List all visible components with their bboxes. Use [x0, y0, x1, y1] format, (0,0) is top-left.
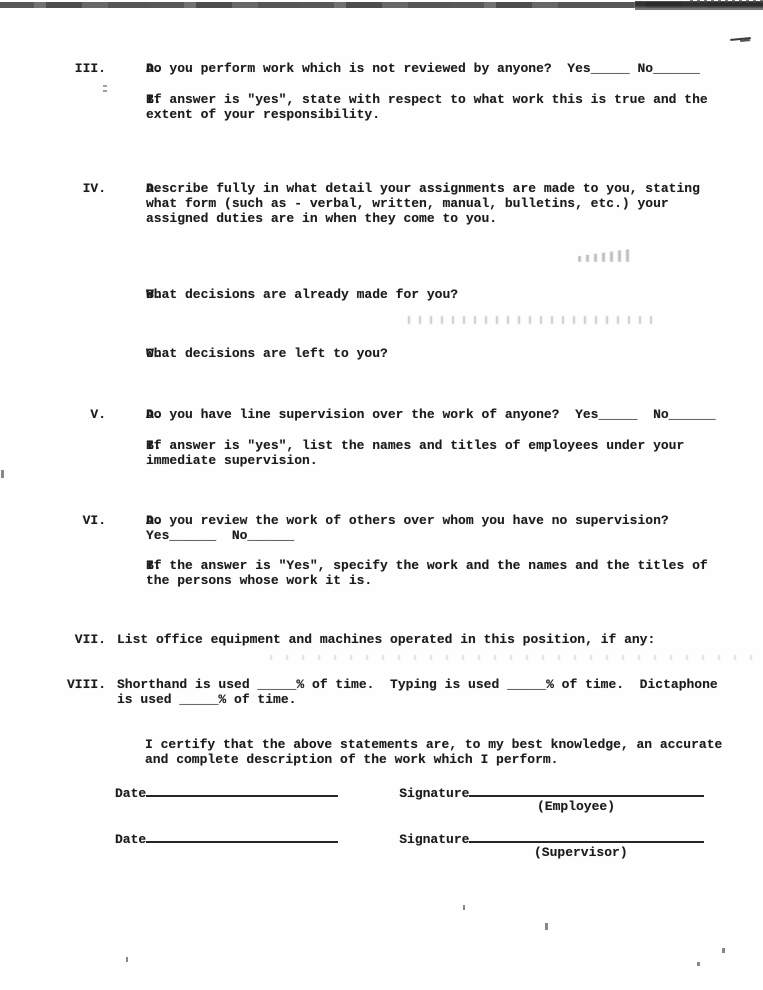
date-label: Date	[115, 786, 146, 801]
scan-artifact-speck	[1, 470, 4, 478]
employee-role-caption: (Employee)	[537, 799, 615, 814]
section-vi-item-b: B. If the answer is "Yes", specify the w…	[117, 558, 763, 588]
certification-statement: I certify that the above statements are,…	[145, 737, 745, 767]
section-iii-item-b: B. If answer is "yes", state with respec…	[117, 92, 763, 122]
section-v-item-a: A. Do you have line supervision over the…	[117, 407, 763, 422]
scan-artifact-smudge	[270, 655, 760, 660]
section-v-item-b: B. If answer is "yes", list the names an…	[117, 438, 763, 468]
section-iv-item-a: A. Describe fully in what detail your as…	[117, 181, 763, 226]
scan-artifact-dash	[730, 37, 751, 41]
section-iv-item-c: C. What decisions are left to you?	[117, 346, 763, 361]
section-v-numeral: V.	[40, 407, 106, 422]
item-letter: B.	[146, 287, 763, 302]
signature-blank-line	[469, 828, 704, 843]
section-vii-text: List office equipment and machines opera…	[117, 632, 747, 647]
item-letter: B.	[146, 92, 763, 107]
section-vi-item-a: A. Do you review the work of others over…	[117, 513, 763, 543]
scan-artifact-speck	[545, 923, 548, 930]
signature-row-supervisor: DateSignature	[115, 828, 755, 844]
section-viii-text-with-percent-blanks: Shorthand is used _____% of time. Typing…	[117, 677, 747, 707]
date-blank-line	[146, 828, 338, 843]
item-letter: A.	[146, 61, 763, 76]
date-blank-line	[146, 782, 338, 797]
scan-artifact-speck	[463, 905, 465, 910]
date-label: Date	[115, 832, 146, 847]
scan-artifact-top-dots	[690, 0, 763, 3]
scan-artifact-colon	[103, 85, 107, 94]
scan-artifact-speck	[126, 957, 128, 962]
scan-artifact-speck	[722, 948, 725, 953]
signature-label: Signature	[399, 786, 469, 801]
section-vii-numeral: VII.	[40, 632, 106, 647]
scan-artifact-speck	[697, 962, 700, 966]
section-iii-numeral: III.	[40, 61, 106, 76]
scanned-form-page: III. A. Do you perform work which is not…	[0, 0, 763, 990]
section-iii-item-a: A. Do you perform work which is not revi…	[117, 61, 763, 76]
scan-artifact-smudge	[578, 249, 630, 262]
section-iv-numeral: IV.	[40, 181, 106, 196]
supervisor-role-caption: (Supervisor)	[534, 845, 628, 860]
section-viii-numeral: VIII.	[40, 677, 106, 692]
scan-artifact-smudge	[408, 316, 653, 324]
signature-label: Signature	[399, 832, 469, 847]
section-vi-numeral: VI.	[40, 513, 106, 528]
item-letter: A.	[146, 181, 763, 196]
item-letter: A.	[146, 513, 763, 528]
item-letter: C.	[146, 346, 763, 361]
section-iv-item-b: B. What decisions are already made for y…	[117, 287, 763, 302]
item-letter: A.	[146, 407, 763, 422]
item-letter: B.	[146, 558, 763, 573]
signature-blank-line	[469, 782, 704, 797]
item-letter: B.	[146, 438, 763, 453]
signature-row-employee: DateSignature	[115, 782, 755, 798]
